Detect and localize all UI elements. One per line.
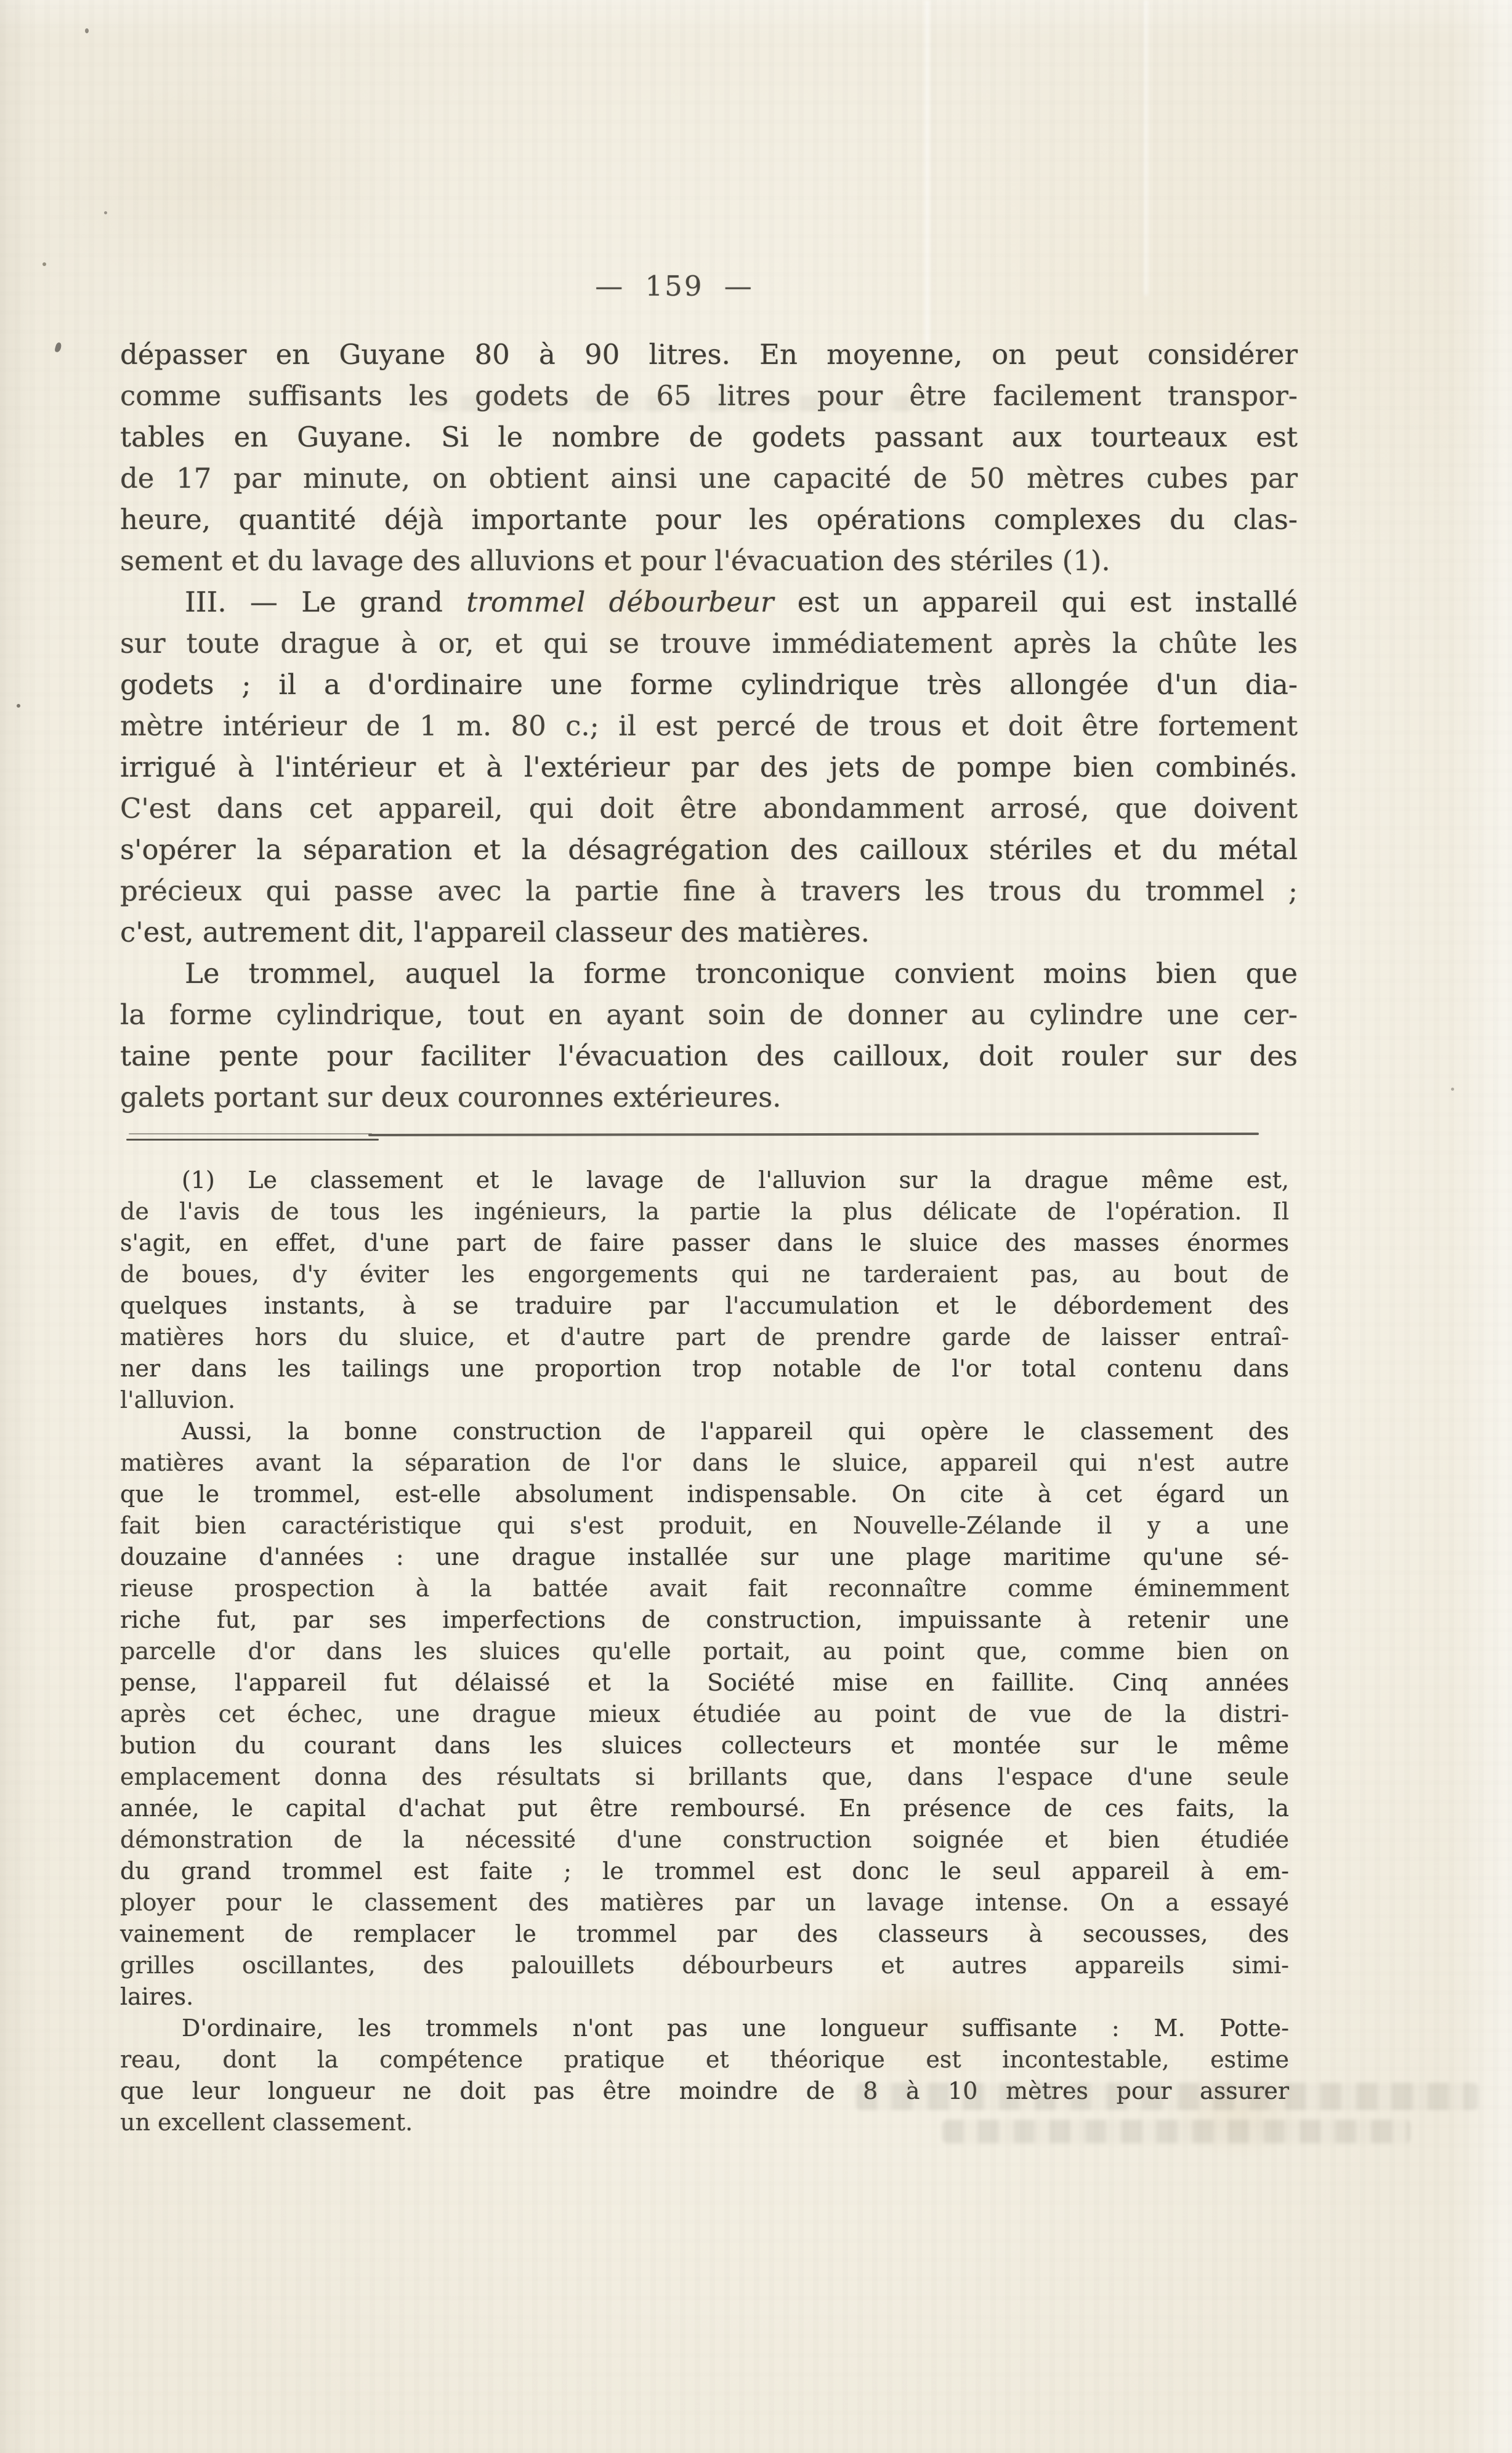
text-line: riche fut, par ses imperfections de cons… xyxy=(120,1604,1289,1636)
text-line: III. — Le grand trommel débourbeur est u… xyxy=(120,581,1298,623)
text-line: sur toute drague à or, et qui se trouve … xyxy=(120,623,1298,664)
text-line: C'est dans cet appareil, qui doit être a… xyxy=(120,788,1298,829)
text-line: D'ordinaire, les trommels n'ont pas une … xyxy=(120,2013,1289,2044)
text-line: dépasser en Guyane 80 à 90 litres. En mo… xyxy=(120,334,1298,375)
text-line: précieux qui passe avec la partie fine à… xyxy=(120,870,1298,911)
text-line: que le trommel, est-elle absolument indi… xyxy=(120,1479,1289,1510)
text-line: matières hors du sluice, et d'autre part… xyxy=(120,1322,1289,1353)
paper-speck xyxy=(17,704,20,708)
text-line: quelques instants, à se traduire par l'a… xyxy=(120,1290,1289,1322)
footnote-paragraph: (1) Le classement et le lavage de l'allu… xyxy=(120,1165,1289,1416)
text-line: tables en Guyane. Si le nombre de godets… xyxy=(120,416,1298,458)
text-line: Le trommel, auquel la forme tronconique … xyxy=(120,953,1298,994)
text-line: l'alluvion. xyxy=(120,1384,1289,1416)
scan-crease xyxy=(1144,0,1148,296)
ink-ghost-smudge xyxy=(942,2120,1410,2143)
text-line: taine pente pour faciliter l'évacuation … xyxy=(120,1035,1298,1077)
ink-ghost-smudge xyxy=(856,2083,1478,2110)
text-line: parcelle d'or dans les sluices qu'elle p… xyxy=(120,1636,1289,1667)
footnote-separator xyxy=(126,1139,379,1141)
text-line: mètre intérieur de 1 m. 80 c.; il est pe… xyxy=(120,705,1298,746)
paper-speck xyxy=(85,28,89,33)
body-text-block: dépasser en Guyane 80 à 90 litres. En mo… xyxy=(120,334,1298,1118)
text-line: s'agit, en effet, d'une part de faire pa… xyxy=(120,1227,1289,1259)
paper-speck xyxy=(42,262,46,266)
text-line: de boues, d'y éviter les engorgements qu… xyxy=(120,1259,1289,1290)
text-line: de 17 par minute, on obtient ainsi une c… xyxy=(120,458,1298,499)
text-line: Aussi, la bonne construction de l'appare… xyxy=(120,1416,1289,1447)
paragraph: Le trommel, auquel la forme tronconique … xyxy=(120,953,1298,1118)
text-segment: est un appareil qui est installé xyxy=(774,586,1298,618)
text-line: ployer pour le classement des matières p… xyxy=(120,1887,1289,1918)
text-line: de l'avis de tous les ingénieurs, la par… xyxy=(120,1196,1289,1227)
text-line: douzaine d'années : une drague installée… xyxy=(120,1542,1289,1573)
text-line: matières avant la séparation de l'or dan… xyxy=(120,1447,1289,1479)
text-line: après cet échec, une drague mieux étudié… xyxy=(120,1699,1289,1730)
footnote-separator xyxy=(129,1133,372,1134)
text-line: démonstration de la nécessité d'une cons… xyxy=(120,1824,1289,1856)
text-line: pense, l'appareil fut délaissé et la Soc… xyxy=(120,1667,1289,1699)
paper-speck xyxy=(1451,1088,1454,1091)
scan-crease xyxy=(925,0,929,345)
text-line: la forme cylindrique, tout en ayant soin… xyxy=(120,994,1298,1035)
paper-speck xyxy=(104,211,107,214)
text-line: bution du courant dans les sluices colle… xyxy=(120,1730,1289,1761)
text-line: année, le capital d'achat put être rembo… xyxy=(120,1793,1289,1824)
text-segment: III. — Le grand xyxy=(185,586,466,618)
text-line: (1) Le classement et le lavage de l'allu… xyxy=(120,1165,1289,1196)
text-line: emplacement donna des résultats si brill… xyxy=(120,1761,1289,1793)
text-line: c'est, autrement dit, l'appareil classeu… xyxy=(120,911,1298,953)
text-line: godets ; il a d'ordinaire une forme cyli… xyxy=(120,664,1298,705)
text-line: grilles oscillantes, des palouillets déb… xyxy=(120,1950,1289,1981)
italic-term: trommel débourbeur xyxy=(466,586,774,618)
paragraph: III. — Le grand trommel débourbeur est u… xyxy=(120,581,1298,953)
text-line: reau, dont la compétence pratique et thé… xyxy=(120,2044,1289,2075)
text-line: irrigué à l'intérieur et à l'extérieur p… xyxy=(120,746,1298,788)
ink-speck xyxy=(54,342,62,353)
text-line: laires. xyxy=(120,1981,1289,2013)
text-line: fait bien caractéristique qui s'est prod… xyxy=(120,1510,1289,1542)
text-line: ner dans les tailings une proportion tro… xyxy=(120,1353,1289,1384)
text-line: heure, quantité déjà importante pour les… xyxy=(120,499,1298,540)
text-line: galets portant sur deux couronnes extéri… xyxy=(120,1077,1298,1118)
text-line: du grand trommel est faite ; le trommel … xyxy=(120,1856,1289,1887)
paragraph: dépasser en Guyane 80 à 90 litres. En mo… xyxy=(120,334,1298,581)
footnote-separator xyxy=(368,1133,1259,1136)
scanned-book-page: — 159 — dépasser en Guyane 80 à 90 litre… xyxy=(0,0,1512,2453)
text-line: s'opérer la séparation et la désagrégati… xyxy=(120,829,1298,870)
footnote-block: (1) Le classement et le lavage de l'allu… xyxy=(120,1165,1289,2138)
text-line: vainement de remplacer le trommel par de… xyxy=(120,1918,1289,1950)
text-line: sement et du lavage des alluvions et pou… xyxy=(120,540,1298,581)
ink-ghost-smudge xyxy=(431,395,936,411)
footnote-paragraph: Aussi, la bonne construction de l'appare… xyxy=(120,1416,1289,2013)
text-line: rieuse prospection à la battée avait fai… xyxy=(120,1573,1289,1604)
